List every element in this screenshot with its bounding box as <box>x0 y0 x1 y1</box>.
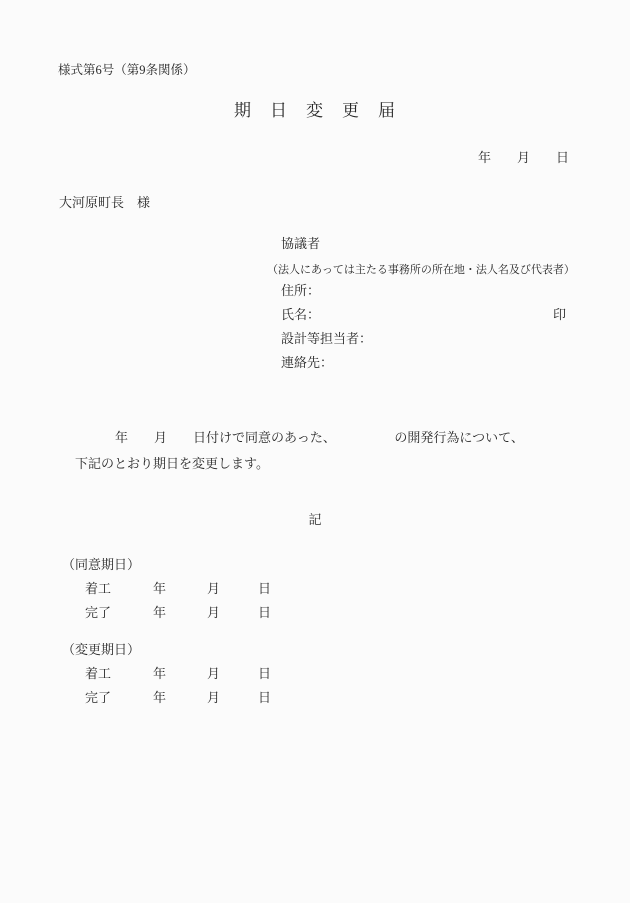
consultant-label: 協議者 <box>281 236 320 252</box>
year-unit-label: 年 <box>153 666 166 682</box>
consultant-note: （法人にあっては主たる事務所の所在地・法人名及び代表者） <box>267 262 575 278</box>
day-unit-label: 日 <box>258 605 271 621</box>
start-work-label: 着工 <box>85 581 111 597</box>
year-unit-label: 年 <box>153 605 166 621</box>
month-unit-label: 月 <box>207 666 220 682</box>
document-page: 様式第6号（第9条関係） 期 日 変 更 届 年 月 日 大河原町長 様 協議者… <box>0 0 630 903</box>
contact-label: 連絡先： <box>281 355 333 371</box>
seal-mark: 印 <box>553 307 566 323</box>
agreed-start-row: 着工 年 月 日 <box>0 581 630 597</box>
day-unit-label: 日 <box>258 581 271 597</box>
year-unit-label: 年 <box>153 690 166 706</box>
start-work-label: 着工 <box>85 666 111 682</box>
submission-date-line: 年 月 日 <box>478 150 569 166</box>
month-unit-label: 月 <box>207 605 220 621</box>
record-mark: 記 <box>0 512 630 528</box>
day-unit-label: 日 <box>258 666 271 682</box>
year-unit-label: 年 <box>153 581 166 597</box>
form-number: 様式第6号（第9条関係） <box>58 62 196 78</box>
agreed-completion-row: 完了 年 月 日 <box>0 605 630 621</box>
body-paragraph-line-1: 年 月 日付けで同意のあった、 の開発行為について、 <box>115 430 524 446</box>
changed-dates-heading: （変更期日） <box>62 642 140 658</box>
designer-label: 設計等担当者： <box>281 331 372 347</box>
name-label: 氏名： <box>281 307 320 323</box>
changed-start-row: 着工 年 月 日 <box>0 666 630 682</box>
day-unit-label: 日 <box>258 690 271 706</box>
completion-label: 完了 <box>85 690 111 706</box>
body-paragraph-line-2: 下記のとおり期日を変更します。 <box>75 456 269 472</box>
addressee: 大河原町長 様 <box>59 195 150 211</box>
changed-completion-row: 完了 年 月 日 <box>0 690 630 706</box>
month-unit-label: 月 <box>207 581 220 597</box>
document-title: 期 日 変 更 届 <box>0 103 630 119</box>
agreed-dates-heading: （同意期日） <box>62 557 140 573</box>
address-label: 住所： <box>281 283 320 299</box>
completion-label: 完了 <box>85 605 111 621</box>
month-unit-label: 月 <box>207 690 220 706</box>
